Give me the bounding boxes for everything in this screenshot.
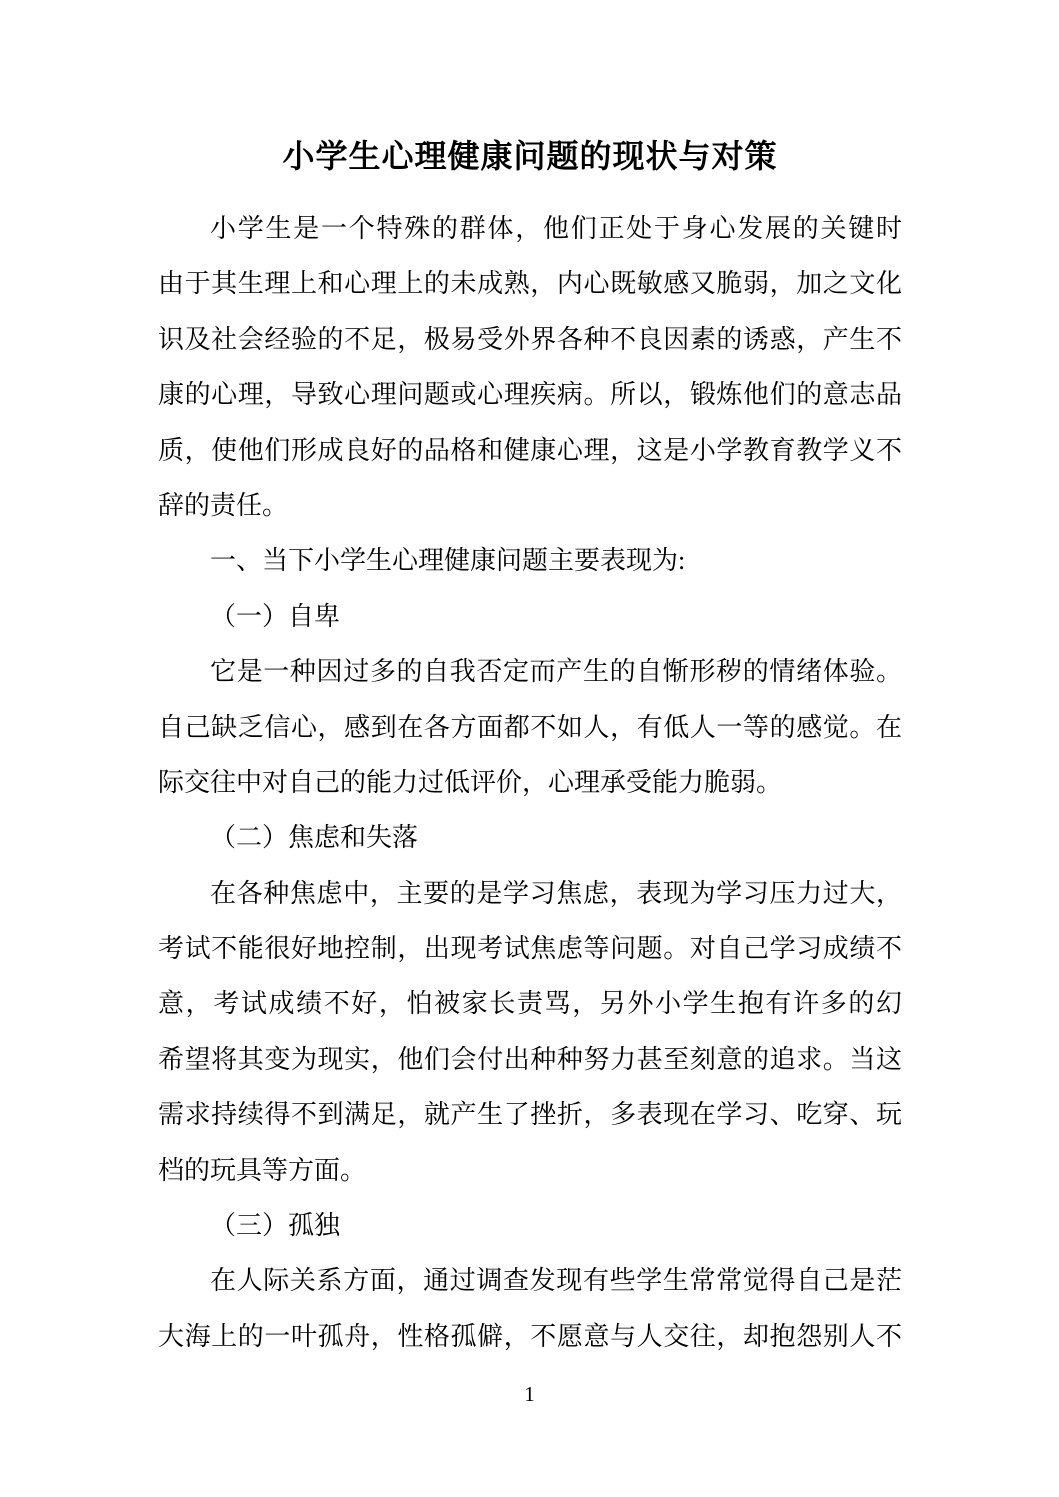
text-line: 康的心理，导致心理问题或心理疾病。所以，锻炼他们的意志品 [158, 367, 902, 422]
text-line: 意，考试成绩不好，怕被家长责骂，另外小学生抱有许多的幻想， [158, 976, 902, 1031]
subsection-heading-line: （一）自卑 [158, 589, 902, 644]
section-heading-line: 一、当下小学生心理健康问题主要表现为: [158, 533, 902, 588]
text-line: 际交往中对自己的能力过低评价，心理承受能力脆弱。 [158, 755, 902, 810]
text-line: 需求持续得不到满足，就产生了挫折，多表现在学习、吃穿、玩高 [158, 1087, 902, 1142]
text-line: 在人际关系方面，通过调查发现有些学生常常觉得自己是茫茫 [158, 1253, 902, 1308]
text-line: 质，使他们形成良好的品格和健康心理，这是小学教育教学义不容 [158, 423, 902, 478]
page-number: 1 [0, 1382, 1059, 1406]
text-line: 大海上的一叶孤舟，性格孤僻，不愿意与人交往，却抱怨别人不理 [158, 1309, 902, 1364]
text-line: 自己缺乏信心，感到在各方面都不如人，有低人一等的感觉。在人 [158, 700, 902, 755]
text-line: 小学生是一个特殊的群体，他们正处于身心发展的关键时期， [158, 201, 902, 256]
text-line: 由于其生理上和心理上的未成熟，内心既敏感又脆弱，加之文化知 [158, 256, 902, 311]
text-line: 档的玩具等方面。 [158, 1143, 902, 1198]
text-line: 考试不能很好地控制，出现考试焦虑等问题。对自己学习成绩不满 [158, 921, 902, 976]
subsection-heading-line: （二）焦虑和失落 [158, 810, 902, 865]
text-line: 它是一种因过多的自我否定而产生的自惭形秽的情绪体验。对 [158, 644, 902, 699]
text-line: 在各种焦虑中，主要的是学习焦虑，表现为学习压力过大，对 [158, 866, 902, 921]
text-line: 希望将其变为现实，他们会付出种种努力甚至刻意的追求。当这种 [158, 1032, 902, 1087]
text-line: 识及社会经验的不足，极易受外界各种不良因素的诱惑，产生不健 [158, 312, 902, 367]
document-page: 小学生心理健康问题的现状与对策 小学生是一个特殊的群体，他们正处于身心发展的关键… [0, 0, 1059, 1497]
document-body: 小学生心理健康问题的现状与对策 小学生是一个特殊的群体，他们正处于身心发展的关键… [158, 139, 902, 1364]
text-line: 辞的责任。 [158, 478, 902, 533]
subsection-heading-line: （三）孤独 [158, 1198, 902, 1253]
document-title: 小学生心理健康问题的现状与对策 [158, 139, 902, 173]
